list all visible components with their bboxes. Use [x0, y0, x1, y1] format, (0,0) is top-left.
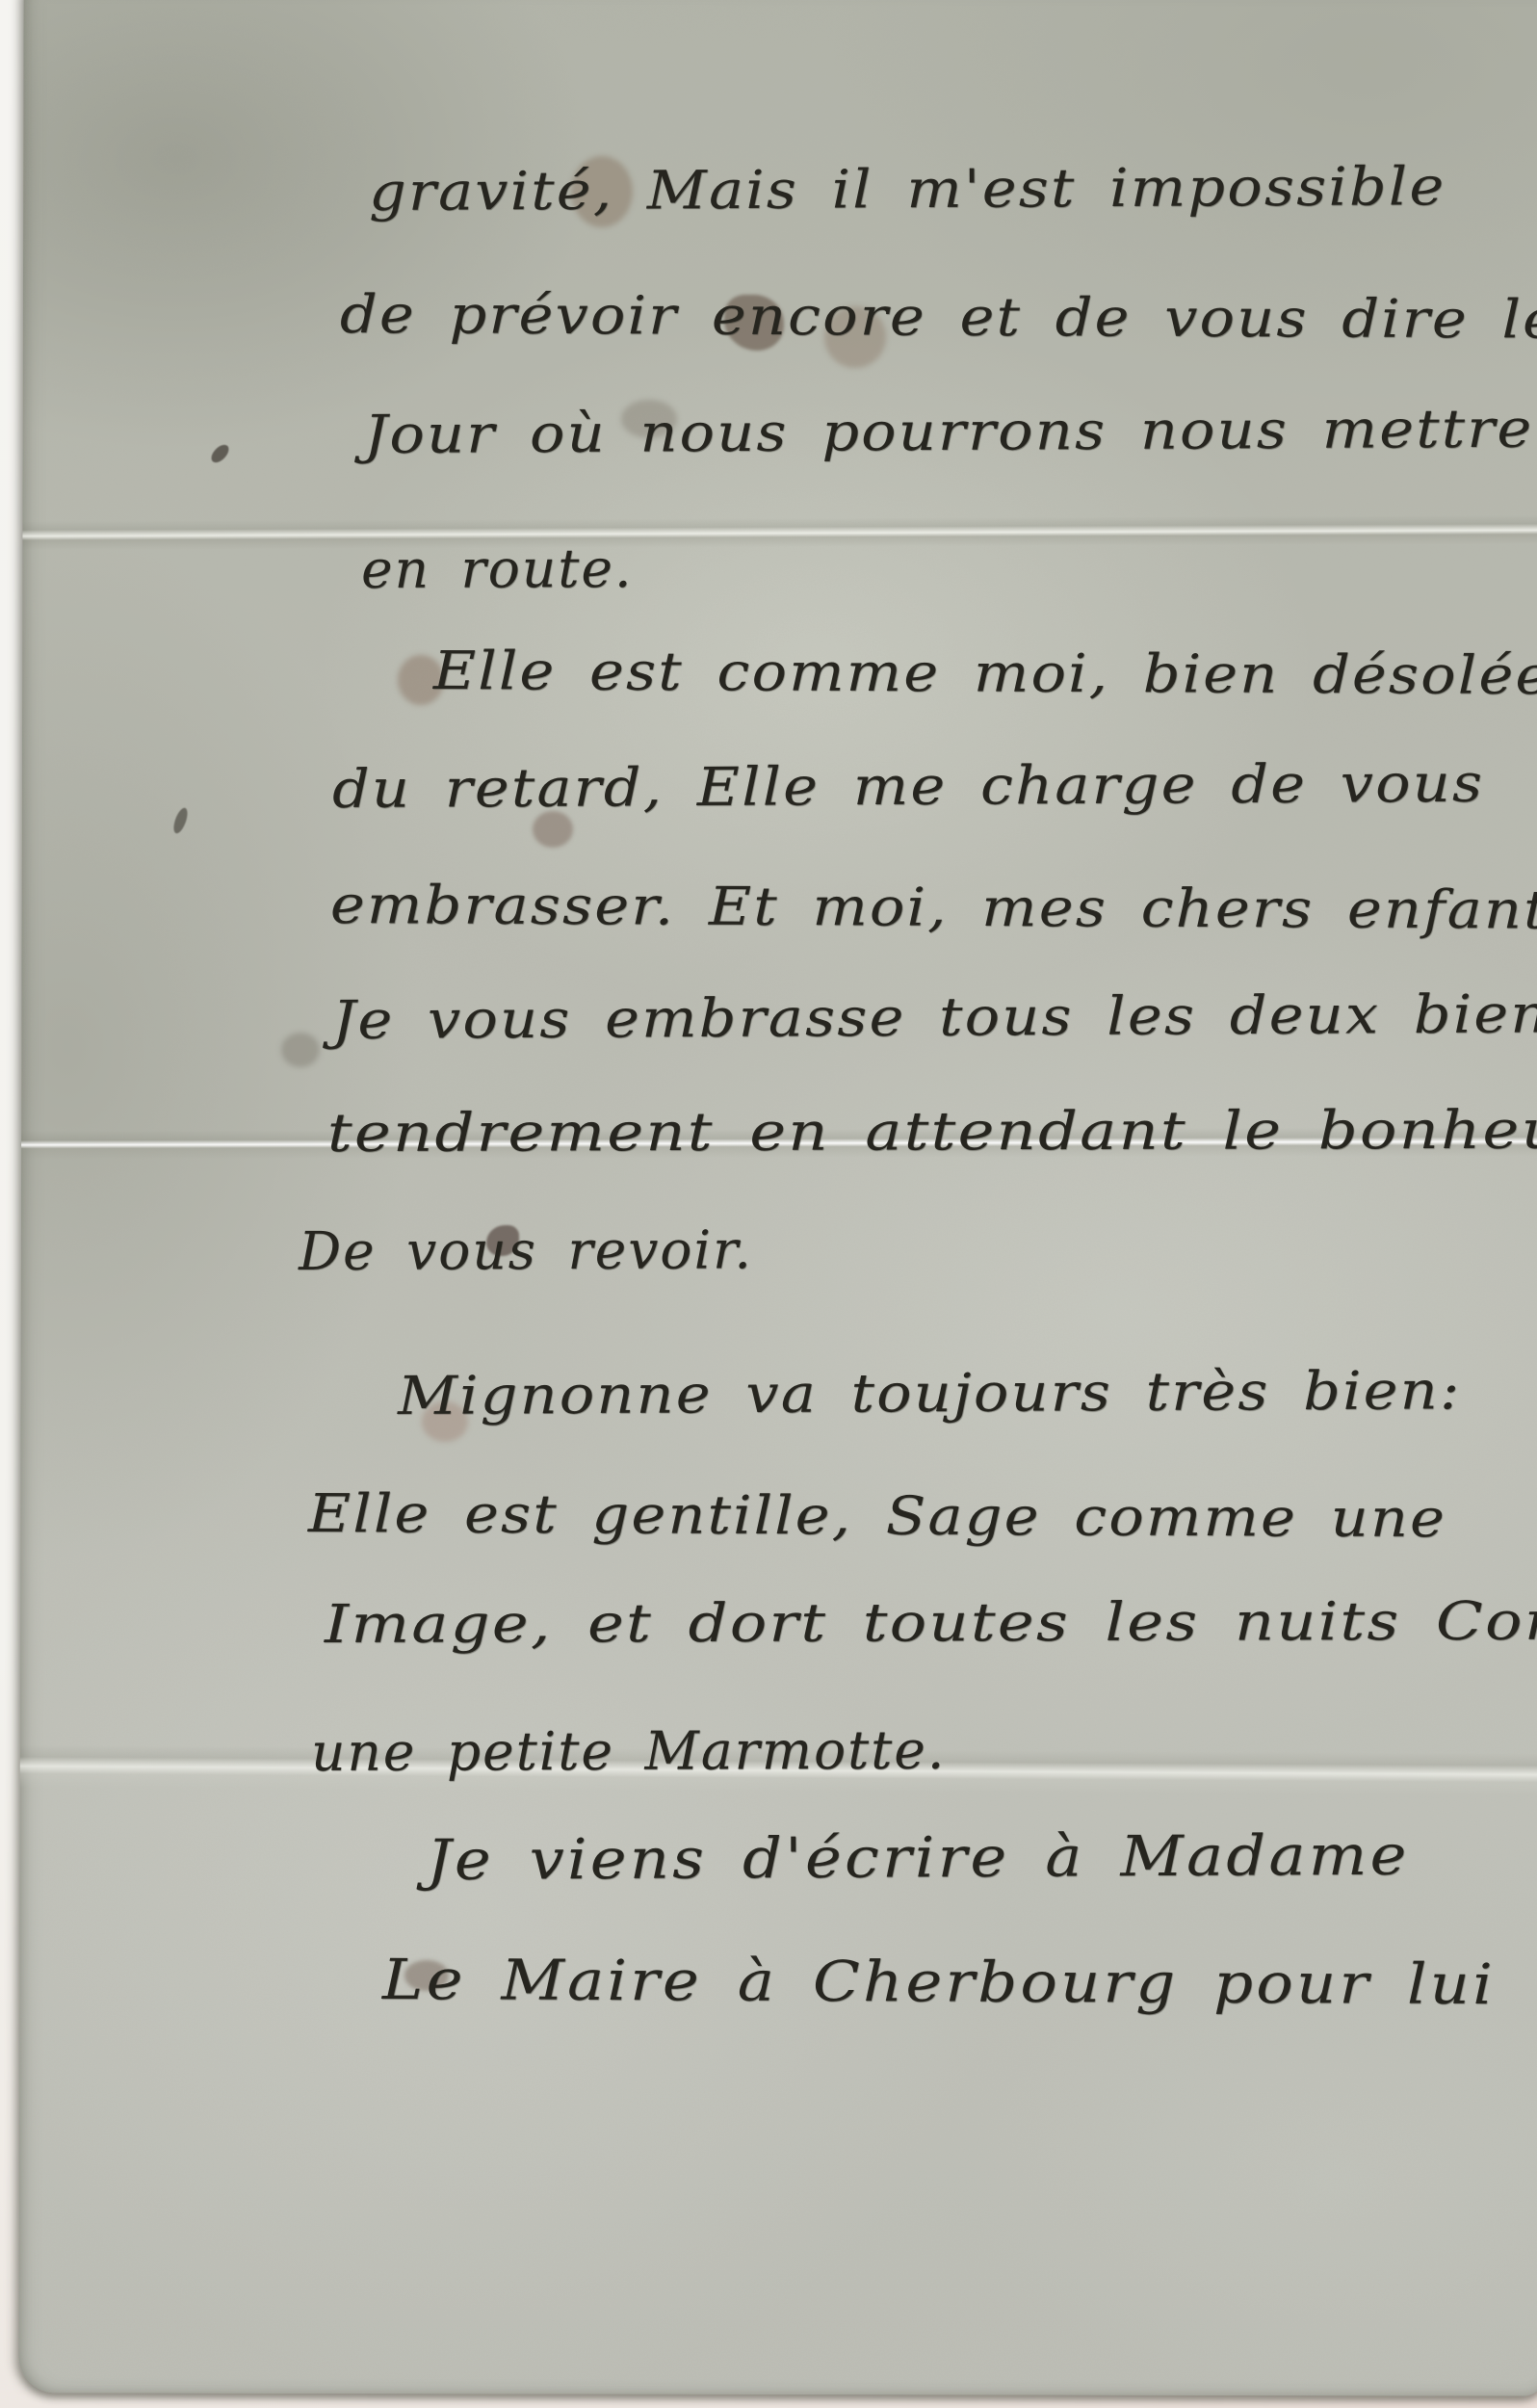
- letter-line: embrasser. Et moi, mes chers enfants: [330, 875, 1537, 941]
- letter-line: Image, et dort toutes les nuits Comme: [325, 1590, 1537, 1655]
- handwriting-block: gravité, Mais il m'est impossible de pré…: [0, 0, 1537, 2408]
- letter-line: en route.: [361, 538, 634, 600]
- letter-line: tendrement en attendant le bonheur: [327, 1100, 1537, 1165]
- letter-line: Je vous embrasse tous les deux bien: [332, 983, 1537, 1051]
- letter-line: Elle est gentille, Sage comme une: [308, 1483, 1446, 1549]
- letter-line: du retard, Elle me charge de vous: [332, 753, 1485, 821]
- letter-line: Jour où nous pourrons nous mettre: [364, 399, 1534, 466]
- letter-line: Je viens d'écrire à Madame: [427, 1823, 1410, 1893]
- letter-line: gravité, Mais il m'est impossible: [369, 156, 1446, 222]
- photograph-of-letter: gravité, Mais il m'est impossible de pré…: [0, 0, 1537, 2408]
- letter-line: une petite Marmotte.: [311, 1720, 947, 1784]
- letter-line: de prévoir encore et de vous dire le: [340, 284, 1537, 351]
- letter-line: Mignonne va toujours très bien:: [398, 1360, 1462, 1426]
- letter-line: Elle est comme moi, bien désolée: [433, 641, 1537, 706]
- letter-line: De vous revoir.: [299, 1219, 753, 1282]
- letter-line: Le Maire à Cherbourg pour lui: [382, 1948, 1496, 2017]
